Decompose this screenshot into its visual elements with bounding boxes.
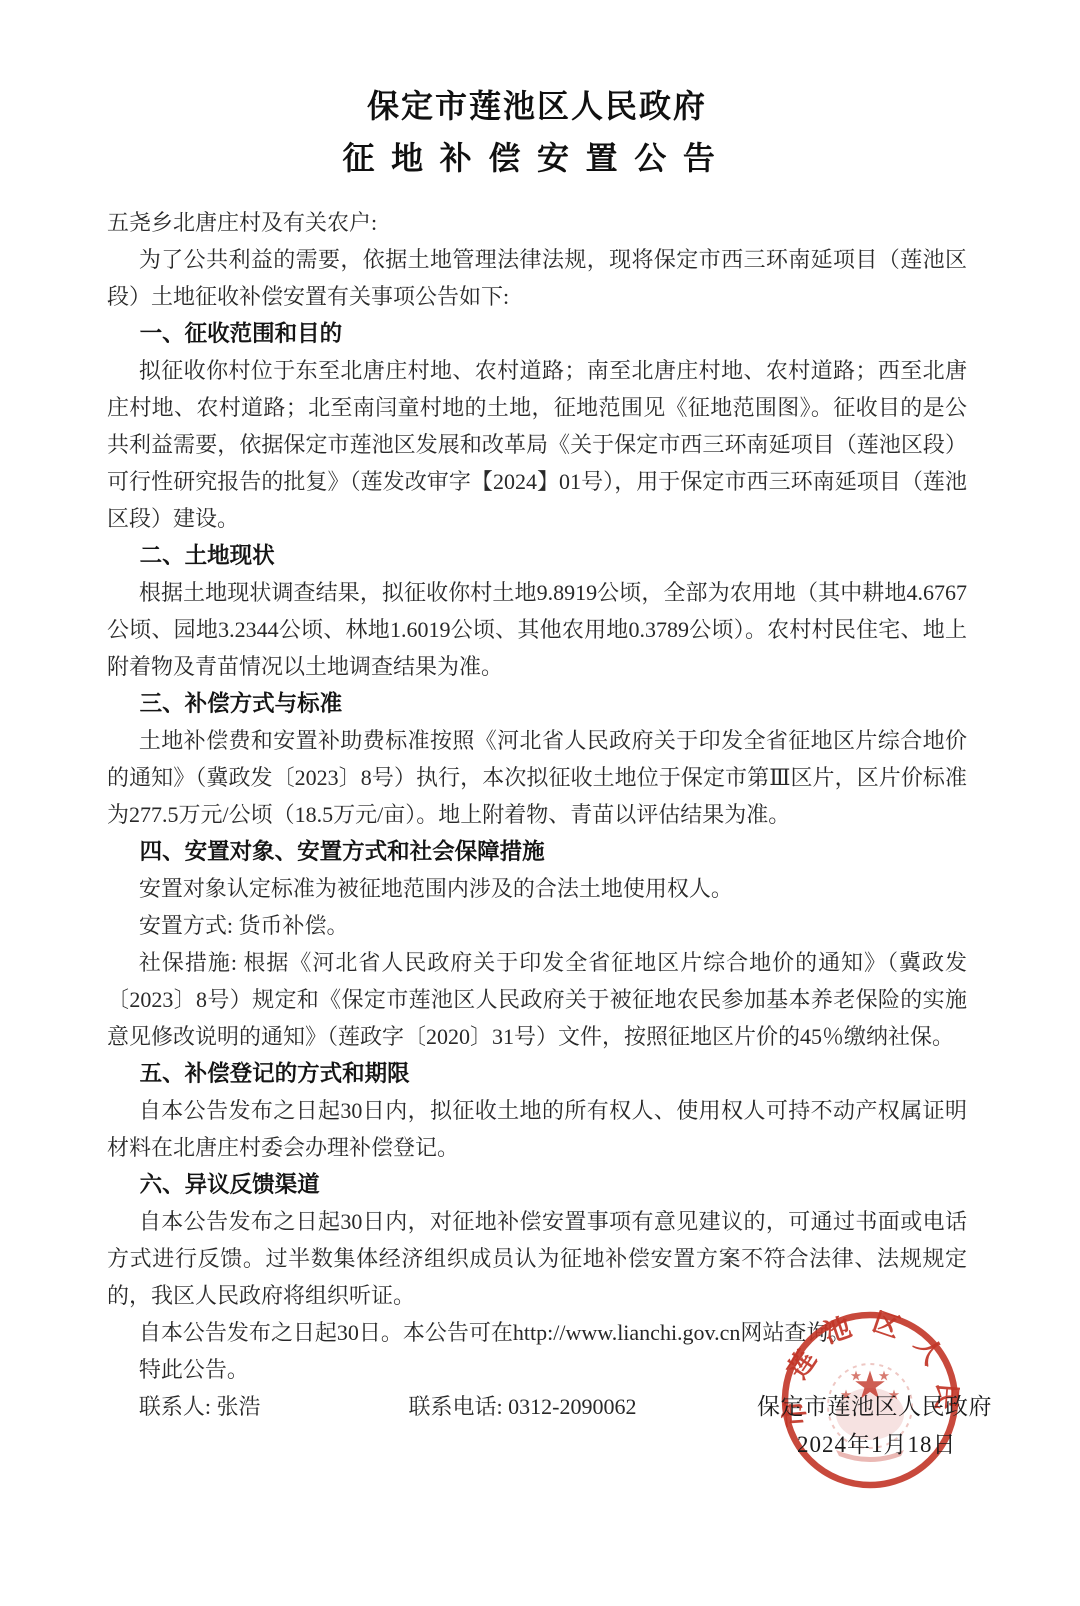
section-paragraph: 自本公告发布之日起30日内，对征地补偿安置事项有意见建议的，可通过书面或电话方式… [107, 1203, 967, 1314]
section-paragraph: 安置对象认定标准为被征地范围内涉及的合法土地使用权人。 [107, 870, 967, 907]
section-paragraph: 土地补偿费和安置补助费标准按照《河北省人民政府关于印发全省征地区片综合地价的通知… [107, 722, 967, 833]
sections-container: 一、征收范围和目的拟征收你村位于东至北唐庄村地、农村道路；南至北唐庄村地、农村道… [107, 315, 967, 1388]
section-heading: 五、补偿登记的方式和期限 [107, 1055, 967, 1092]
announcement-document-page: 保定市莲池区人民政府 征地补偿安置公告 五尧乡北唐庄村及有关农户: 为了公共利益… [0, 0, 1080, 1606]
section-paragraph: 根据土地现状调查结果，拟征收你村土地9.8919公顷，全部为农用地（其中耕地4.… [107, 574, 967, 685]
section-paragraph: 安置方式: 货币补偿。 [107, 907, 967, 944]
document-body: 五尧乡北唐庄村及有关农户: 为了公共利益的需要，依据土地管理法律法规，现将保定市… [107, 204, 967, 1425]
contact-phone: 联系电话: 0312-2090062 [409, 1394, 637, 1419]
document-title-subject: 征地补偿安置公告 [107, 136, 967, 181]
section-heading: 四、安置对象、安置方式和社会保障措施 [107, 833, 967, 870]
section-paragraph: 社保措施: 根据《河北省人民政府关于印发全省征地区片综合地价的通知》（冀政发〔2… [107, 944, 967, 1055]
salutation: 五尧乡北唐庄村及有关农户: [107, 204, 967, 241]
section-heading: 三、补偿方式与标准 [107, 685, 967, 722]
section-heading: 六、异议反馈渠道 [107, 1166, 967, 1203]
intro-paragraph: 为了公共利益的需要，依据土地管理法律法规，现将保定市西三环南延项目（莲池区段）土… [107, 241, 967, 315]
section-heading: 二、土地现状 [107, 537, 967, 574]
contact-person: 联系人: 张浩 [139, 1394, 261, 1419]
signature-issuer: 保定市莲池区人民政府 [757, 1388, 992, 1421]
section-paragraph: 拟征收你村位于东至北唐庄村地、农村道路；南至北唐庄村地、农村道路；西至北唐庄村地… [107, 352, 967, 537]
document-header: 保定市莲池区人民政府 征地补偿安置公告 [107, 86, 967, 180]
document-title-org: 保定市莲池区人民政府 [107, 86, 967, 128]
signature-date: 2024年1月18日 [797, 1426, 957, 1459]
section-heading: 一、征收范围和目的 [107, 315, 967, 352]
section-paragraph: 自本公告发布之日起30日内，拟征收土地的所有权人、使用权人可持不动产权属证明材料… [107, 1092, 967, 1166]
